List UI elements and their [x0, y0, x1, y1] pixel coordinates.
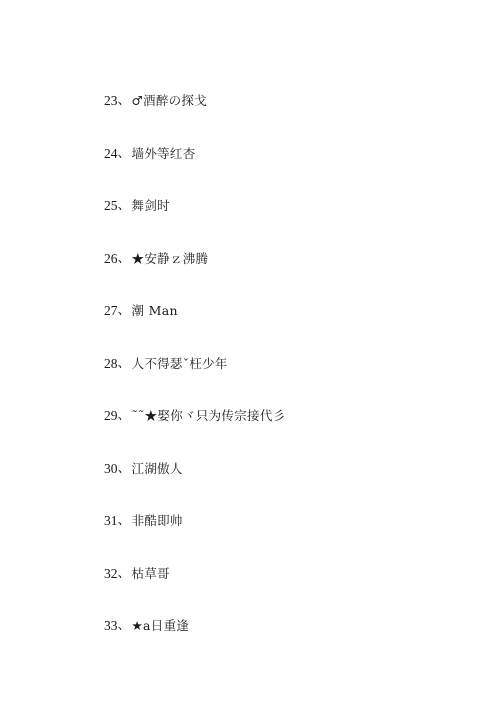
item-text: 舞剑时 — [132, 197, 170, 215]
item-separator: 、 — [118, 302, 131, 320]
list-item: 23、♂酒醉の探戈 — [104, 92, 285, 145]
item-separator: 、 — [118, 250, 131, 268]
item-separator: 、 — [118, 460, 131, 478]
item-separator: 、 — [118, 92, 131, 110]
list-item: 32、枯草哥 — [104, 565, 285, 618]
item-separator: 、 — [118, 565, 131, 583]
list-item: 25、舞剑时 — [104, 197, 285, 250]
document-page: 23、♂酒醉の探戈 24、墙外等红杏 25、舞剑时 26、★安静ｚ沸腾 27、潮… — [0, 0, 500, 707]
list-item: 26、★安静ｚ沸腾 — [104, 250, 285, 303]
item-text: 枯草哥 — [132, 565, 170, 583]
nickname-list: 23、♂酒醉の探戈 24、墙外等红杏 25、舞剑时 26、★安静ｚ沸腾 27、潮… — [104, 92, 285, 670]
list-item: 29、˜˜★娶你ヾ只为传宗接代彡 — [104, 407, 285, 460]
list-item: 31、非酷即帅 — [104, 512, 285, 565]
item-number: 27 — [104, 302, 118, 320]
item-text: 江湖傲人 — [132, 460, 183, 478]
item-text: 潮 Man — [132, 302, 178, 320]
list-item: 33、★a日重逢 — [104, 617, 285, 670]
item-separator: 、 — [118, 355, 131, 373]
item-number: 28 — [104, 355, 118, 373]
item-separator: 、 — [118, 512, 131, 530]
item-text: ★安静ｚ沸腾 — [132, 250, 209, 268]
item-number: 31 — [104, 512, 118, 530]
item-text: 人不得瑟ˇ枉少年 — [132, 355, 228, 373]
item-number: 23 — [104, 92, 118, 110]
list-item: 24、墙外等红杏 — [104, 145, 285, 198]
list-item: 30、江湖傲人 — [104, 460, 285, 513]
item-number: 25 — [104, 197, 118, 215]
item-number: 30 — [104, 460, 118, 478]
item-text: ★a日重逢 — [132, 617, 190, 635]
item-number: 26 — [104, 250, 118, 268]
list-item: 27、潮 Man — [104, 302, 285, 355]
item-text: ˜˜★娶你ヾ只为传宗接代彡 — [132, 407, 286, 425]
list-item: 28、人不得瑟ˇ枉少年 — [104, 355, 285, 408]
item-text: 非酷即帅 — [132, 512, 183, 530]
item-number: 33 — [104, 617, 118, 635]
item-text: 墙外等红杏 — [132, 145, 196, 163]
item-separator: 、 — [118, 617, 131, 635]
item-text: ♂酒醉の探戈 — [132, 92, 208, 110]
item-separator: 、 — [118, 197, 131, 215]
item-separator: 、 — [118, 407, 131, 425]
item-number: 32 — [104, 565, 118, 583]
item-number: 29 — [104, 407, 118, 425]
item-separator: 、 — [118, 145, 131, 163]
item-number: 24 — [104, 145, 118, 163]
